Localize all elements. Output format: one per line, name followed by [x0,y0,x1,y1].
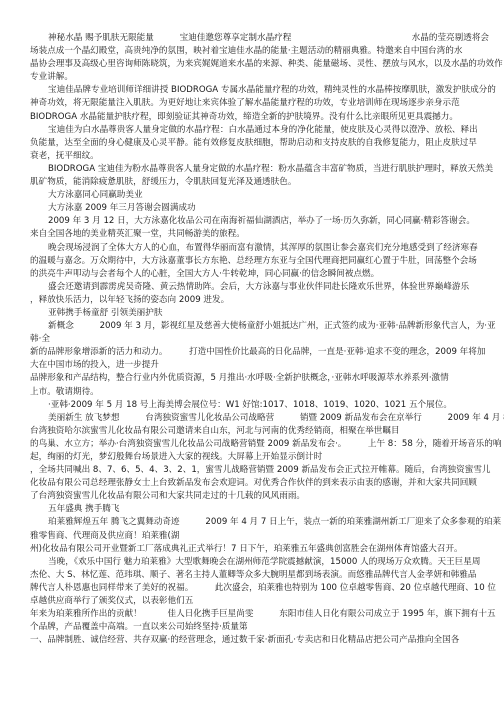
text-line: 晶协会理事及高级心里咨询师陈晓筑，为来宾娓娓道来水晶的来源、种类、能量磁场、灵性… [30,58,475,71]
text-line: 衰老，抚平细纹。 [30,150,475,163]
text-line: 化妆品有限公司总经理张静女士上台致新品发布会欢迎词。对优秀合作伙伴的到来表示由衷… [30,477,475,490]
text-line: 一、品牌制胜、诚信经营、共存双赢·的经营理念，通过数千家·新面孔·专卖店和日化精… [30,634,475,647]
text-line: BIODROGA 宝迪佳为粉水晶尊贵客人量身定做的水晶疗程：粉水晶蕴含丰富矿物质… [30,163,475,176]
text-line: 新的品牌形象增添新的活力和动力。 打造中国性价比最高的日化品牌，一直是·亚韩·追… [30,346,475,359]
text-line: 起，绚丽的灯光，梦幻般舞台场景进入大家的视线。大屏幕上开始显示倒计时 [30,451,475,464]
text-line: ·亚韩·2009 年 5 月 18 号上海美博会展位号：W1 好馆:1017、1… [30,399,475,412]
text-line: 个品牌，产品覆盖中高端。一直以来公司始终坚持·质量第 [30,621,475,634]
text-line: ，全场共同喊出 8、7、6、5、4、3、2、1，蜜雪儿战略营销暨 2009 新品… [30,464,475,477]
text-line: 杰伦、大 S、林忆莲、范玮琪、顺子、著名主持人董卿等众多大腕明星都到场表演。而悠… [30,569,475,582]
text-line: 宝迪佳为白水晶尊贵客人量身定做的水晶疗程：白水晶通过本身的净化能量，使皮肤及心灵… [30,124,475,137]
text-line: 的鸟巢、水立方；举办·台湾独资蜜雪儿化妆品公司战略营销暨 2009 新品发布会·… [30,438,475,451]
text-line: 的洪亮牛声叩动与会者每个人的心脏，全国大方人·牛转乾坤，同心同赢·的信念瞬间被点… [30,268,475,281]
text-line: BIODROGA 水晶能量护肤疗程，即刻验证其神奇功效，缔造全新的护肤境界。没有… [30,111,475,124]
text-line: 当晚，《欢乐中国行 魅力珀莱雅》大型歌舞晚会在湖州师范学院震撼献演，15000 … [30,556,475,569]
text-line: 盛会还邀请到霹雳虎吴奇隆、黄云热情助阵。会后，大方泳嘉与事业伙伴同赴长隆欢乐世界… [30,281,475,294]
text-line: 晚会现场浸润了全体大方人的心血，布置得华丽而富有激情，其浑厚的氛围让参会嘉宾们充… [30,242,475,255]
text-line: 肌矿物质，能消除疲惫肌肤，舒缓压力，令肌肤回复光泽及通透肤色。 [30,176,475,189]
text-line: 五年盛典 携手腾飞 [30,503,475,516]
text-line: 神奇功效，将无限能量注入肌肤。为更好地让来宾体验了解水晶能量疗程的功效，专业培训… [30,97,475,110]
text-line: 珀莱雅辉煌五年 腾飞之翼舞动奇迹 2009 年 4 月 7 日上午，装点一新的珀… [30,516,475,529]
text-line: 雅零售商、代理商及供应商！珀莱雅(湖 [30,530,475,543]
document-body: 神秘水晶 赐予肌肤无限能量 宝迪佳邀您尊享定制水晶疗程 水晶的莹亮剔透将会场装点… [30,32,475,647]
text-line: ，释放快乐活力，以年轻飞扬的姿态向 2009 进发。 [30,294,475,307]
text-line: 亚韩携手杨童舒 引领美丽护肤 [30,307,475,320]
text-line: 专业讲解。 [30,71,475,84]
text-line: 年来为珀莱雅所作出的贡献！ 佳人日化携手巨星尚雯 东阳市佳人日化有限公司成立于 … [30,608,475,621]
text-line: 宝迪佳品牌专业培训师详细讲授 BIODROGA 专属水晶能量疗程的功效，精纯灵性… [30,84,475,97]
text-line: 2009 年 3 月 12 日，大方泳嘉化妆品公司在南海祈福仙湖酒店，举办了一场… [30,215,475,228]
text-line: 场装点成一个晶幻殿堂，高贵纯净的氛围，映衬着宝迪佳水晶的能量·主题活动的精丽典雅… [30,45,475,58]
text-line: 上市。敬请期待。 [30,386,475,399]
text-line: 的温暖与嘉念。万众期待中，大方泳嘉董事长方东艳、总经理方东亚与全国代理商把同赢红… [30,255,475,268]
text-line: 牌代言人朴恩惠也同样带来了美好的祝福。 此次盛会，珀莱雅也特别为 100 位卓越… [30,582,475,595]
text-line: 了台湾独资蜜雪儿化妆品有限公司和大家共同走过的十几载的风风雨雨。 [30,490,475,503]
text-line: 州)化妆品有限公司开业暨新工厂落成典礼正式举行！7 日下午，珀莱雅五年盛典创富胜… [30,543,475,556]
text-line: 美丽新生 放飞梦想 台湾独资蜜雪儿化妆品公司战略营 销暨 2009 新品发布会在… [30,412,475,425]
text-line: 负能量，达至全面的身心健康及心灵平静。能有效修复皮肤细胞，帮助启动和支持皮肤的自… [30,137,475,150]
text-line: 韩·全 [30,333,475,346]
text-line: 大方泳嘉 2009 年三月答谢会圆满成功 [30,202,475,215]
text-line: 卓越供应商举行了颁奖仪式，以表彰他们五 [30,595,475,608]
document-page: 神秘水晶 赐予肌肤无限能量 宝迪佳邀您尊享定制水晶疗程 水晶的莹亮剔透将会场装点… [0,0,504,713]
text-line: 新概念 2009 年 3 月，影视红星及慈善大使杨童舒小姐抵达广州，正式签约成为… [30,320,475,333]
text-line: 来自全国各地的美业精英汇聚一堂，共同畅游美的旅程。 [30,228,475,241]
text-line: 大在中国市场的投入，进一步提升 [30,359,475,372]
text-line: 台湾独资哈尔滨蜜雪儿化妆品有限公司邀请来自山东，河北与河南的优秀经销商，相聚在举… [30,425,475,438]
text-line: 神秘水晶 赐予肌肤无限能量 宝迪佳邀您尊享定制水晶疗程 水晶的莹亮剔透将会 [30,32,475,45]
text-line: 大方泳嘉同心同赢助美业 [30,189,475,202]
text-line: 品牌形象和产品结构，整合行业内外优质资源，5 月推出·水呼吸·全新护肤概念，·亚… [30,372,475,385]
